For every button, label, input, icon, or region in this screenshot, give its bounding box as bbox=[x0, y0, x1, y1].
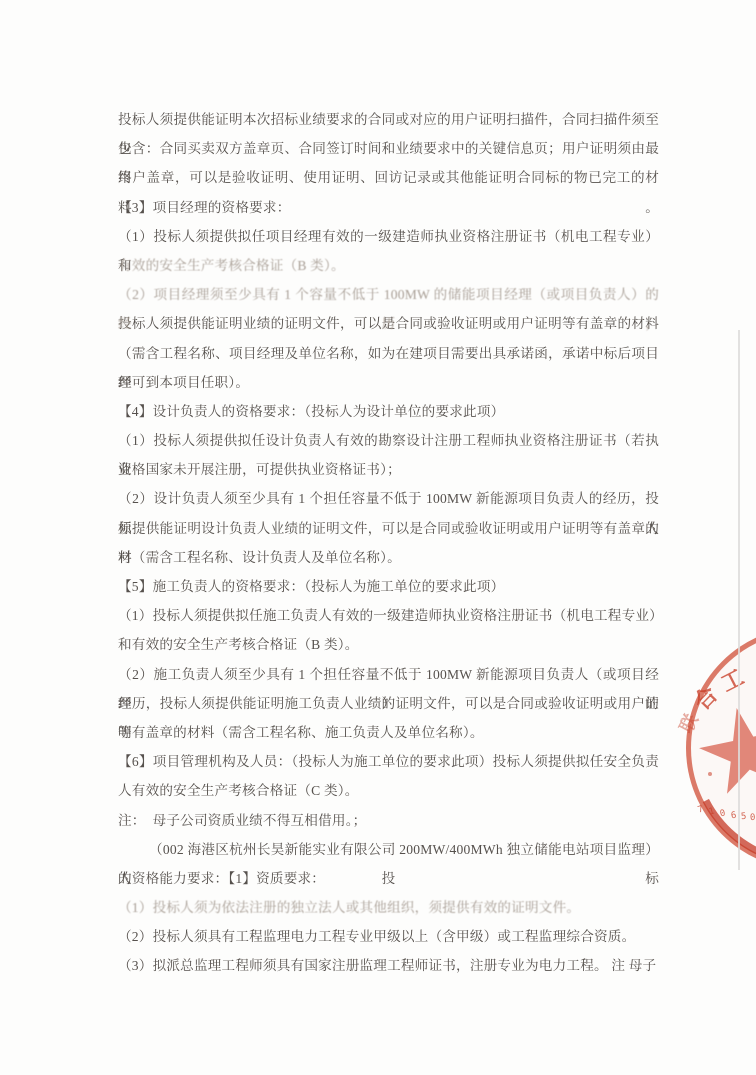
text-line: 人有效的安全生产考核合格证（C 类）。 bbox=[118, 776, 659, 805]
stamp-circle bbox=[686, 626, 756, 870]
stamp-number-digit: 7 bbox=[697, 804, 705, 815]
stamp-star-icon bbox=[691, 698, 756, 806]
text-line: （1）投标人须提供拟任项目经理有效的一级建造师执业资格注册证书（机电工程专业）和 bbox=[118, 222, 659, 251]
text-line: （002 海港区杭州长昊新能实业有限公司 200MW/400MWh 独立储能电站… bbox=[118, 835, 659, 864]
text-line: （1）投标人须提供拟任设计负责人有效的勘察设计注册工程师执业资格注册证书（若执业 bbox=[118, 426, 659, 455]
text-line: 【5】施工负责人的资格要求：（投标人为施工单位的要求此项） bbox=[118, 572, 659, 601]
stamp-text-char: 合 bbox=[686, 679, 724, 716]
scanned-document-page: 投标人须提供能证明本次招标业绩要求的合同或对应的用户证明扫描件，合同扫描件须至少… bbox=[0, 0, 756, 1075]
stamp-ink-speck bbox=[708, 772, 712, 776]
stamp-number-digit: 6 bbox=[730, 811, 737, 822]
text-line: 有效的安全生产考核合格证（B 类）。 bbox=[118, 251, 659, 280]
text-line: 【4】设计负责人的资格要求：（投标人为设计单位的要求此项） bbox=[118, 397, 659, 426]
stamp-bottom-arc bbox=[660, 602, 756, 897]
text-line: 注： 母子公司资质业绩不得互相借用。； bbox=[118, 806, 659, 835]
text-line: 包含：合同买卖双方盖章页、合同签订时间和业绩要求中的关键信息页；用户证明须由最终 bbox=[118, 134, 659, 163]
text-line: 须提供能证明设计负责人业绩的证明文件，可以是合同或验收证明或用户证明等有盖章的材 bbox=[118, 514, 659, 543]
stamp-number-digit: 0 bbox=[719, 809, 726, 820]
text-line: （2）设计负责人须至少具有 1 个担任容量不低于 100MW 新能源项目负责人的… bbox=[118, 484, 659, 513]
text-line: （1）投标人须提供拟任施工负责人有效的一级建造师执业资格注册证书（机电工程专业） bbox=[118, 601, 659, 630]
text-line: 资格国家未开展注册，可提供执业资格证书）； bbox=[118, 455, 659, 484]
text-line: 投标人须提供能证明本次招标业绩要求的合同或对应的用户证明扫描件，合同扫描件须至少 bbox=[118, 105, 659, 134]
document-body: 投标人须提供能证明本次招标业绩要求的合同或对应的用户证明扫描件，合同扫描件须至少… bbox=[118, 105, 659, 981]
text-line: （1）投标人须为依法注册的独立法人或其他组织，须提供有效的证明文件。 bbox=[118, 893, 659, 922]
stamp-number-digit: 0 bbox=[750, 813, 756, 823]
stamp-number-digit: 5 bbox=[740, 812, 746, 823]
stamp-text-char: 联 bbox=[672, 709, 703, 737]
text-line: （3）拟派总监理工程师须具有国家注册监理工程师证书，注册专业为电力工程。 注 母… bbox=[118, 951, 659, 980]
scan-artifact-line bbox=[738, 330, 740, 870]
stamp-number-digit: 1 bbox=[708, 806, 716, 817]
text-line: 经历，投标人须提供能证明施工负责人业绩的证明文件，可以是合同或验收证明或用户证明 bbox=[118, 689, 659, 718]
text-line: 用户盖章，可以是验收证明、使用证明、回访记录或其他能证明合同标的物已完工的材料。 bbox=[118, 163, 659, 192]
text-line: 等有盖章的材料（需含工程名称、施工负责人及单位名称）。 bbox=[118, 718, 659, 747]
text-line: 理可到本项目任职）。 bbox=[118, 368, 659, 397]
text-line: （2）投标人须具有工程监理电力工程专业甲级以上（含甲级）或工程监理综合资质。 bbox=[118, 922, 659, 951]
text-line: （2）施工负责人须至少具有 1 个担任容量不低于 100MW 新能源项目负责人（… bbox=[118, 660, 659, 689]
text-line: （2）项目经理须至少具有 1 个容量不低于 100MW 的储能项目经理（或项目负… bbox=[118, 280, 659, 309]
text-line: 和有效的安全生产考核合格证（B 类）。 bbox=[118, 630, 659, 659]
stamp-text-char: 工 bbox=[715, 661, 749, 699]
text-line: （需含工程名称、项目经理及单位名称，如为在建项目需要出具承诺函，承诺中标后项目经 bbox=[118, 339, 659, 368]
text-line: 【6】项目管理机构及人员：（投标人为施工单位的要求此项）投标人须提供拟任安全负责 bbox=[118, 747, 659, 776]
text-line: 料（需含工程名称、设计负责人及单位名称）。 bbox=[118, 543, 659, 572]
